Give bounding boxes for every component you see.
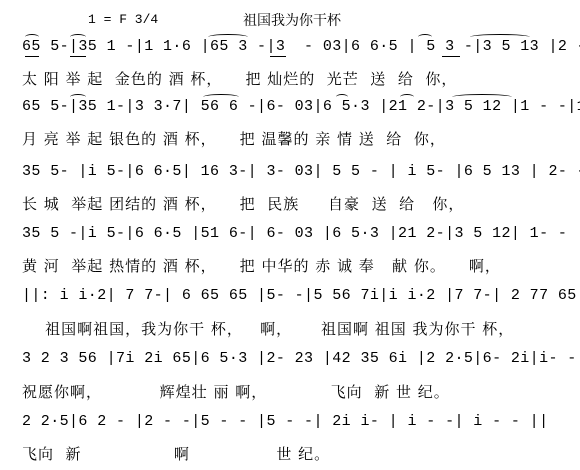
notation-line-6: 3 2 3 56 |7i 2i 65|6 5·3 |2- 23 |42 35 6… <box>22 350 580 367</box>
notation-line-2: 65 5-|35 1-|3 3·7| 56 6 -|6- 03|6 5·3 |2… <box>22 98 580 115</box>
lyric-line-7: 飞向 新 啊 世 纪。 <box>22 443 330 464</box>
beam-mark <box>442 56 460 57</box>
song-title: 祖国我为你干杯 <box>243 10 341 30</box>
lyric-line-4: 黄 河 举起 热情的 酒 杯， 把 中华的 赤 诚 奉 献 你。 啊， <box>22 255 501 276</box>
lyric-line-2: 月 亮 举 起 银色的 酒 杯， 把 温馨的 亲 情 送 给 你， <box>22 128 446 149</box>
slur-mark <box>25 34 39 40</box>
slur-mark <box>470 34 530 40</box>
notation-line-5: ||: i i·2| 7 7-| 6 65 65 |5- -|5 56 7i|i… <box>22 287 580 304</box>
notation-line-4: 35 5 -|i 5-|6 6·5 |51 6-| 6- 03 |6 5·3 |… <box>22 225 580 242</box>
beam-mark <box>270 56 286 57</box>
slur-mark <box>336 94 348 100</box>
lyric-line-3: 长 城 举起 团结的 酒 杯， 把 民族 自豪 送 给 你， <box>22 193 464 214</box>
lyric-line-5: 祖国啊祖国，我为你干 杯， 啊， 祖国啊 祖国 我为你干 杯， <box>22 318 514 339</box>
slur-mark <box>70 34 86 40</box>
notation-line-3: 35 5- |i 5-|6 6·5| 16 3-| 3- 03| 5 5 - |… <box>22 163 580 180</box>
slur-mark <box>418 34 432 40</box>
notation-line-7: 2 2·5|6 2 - |2 - -|5 - - |5 - -| 2i i- |… <box>22 413 548 430</box>
beam-mark <box>25 56 39 57</box>
key-signature: 1 = F 3/4 <box>88 12 158 27</box>
slur-mark <box>452 94 512 100</box>
notation-line-1: 65 5-|35 1 -|1 1·6 |65 3 -|3 - 03|6 6·5 … <box>22 38 580 55</box>
slur-mark <box>208 34 248 40</box>
slur-mark <box>203 94 239 100</box>
lyric-line-6: 祝愿你啊， 辉煌壮 丽 啊， 飞向 新 世 纪。 <box>22 381 450 402</box>
slur-mark <box>400 94 414 100</box>
lyric-line-1: 太 阳 举 起 金色的 酒 杯， 把 灿烂的 光芒 送 给 你， <box>22 68 457 89</box>
slur-mark <box>70 94 86 100</box>
beam-mark <box>70 56 86 57</box>
